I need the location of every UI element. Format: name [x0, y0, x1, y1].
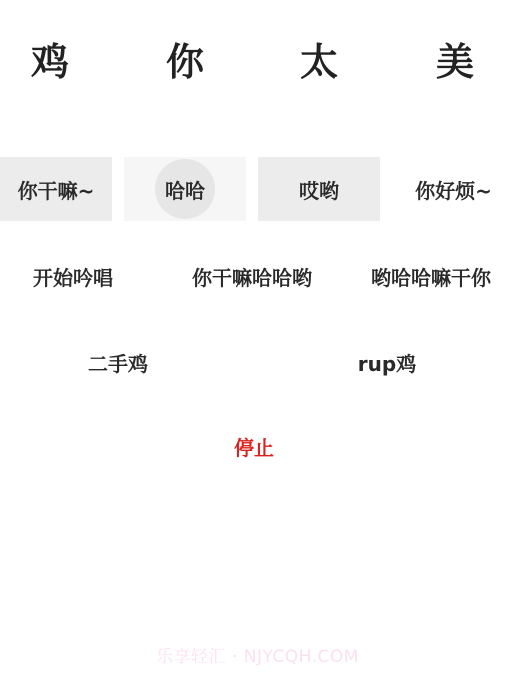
sound-button-ni-gan-ma-ha-ha-yo[interactable]: 你干嘛哈哈哟: [192, 256, 312, 296]
button-label: 你干嘛~: [18, 175, 95, 204]
title-char-1: 鸡: [20, 36, 80, 88]
sound-button-start-chant[interactable]: 开始吟唱: [33, 256, 113, 296]
stop-row: 停止: [0, 426, 515, 466]
sound-button-row-3: 二手鸡 rup鸡: [0, 342, 515, 382]
button-label: 哎哟: [299, 175, 339, 204]
sound-button-row-2: 开始吟唱 你干嘛哈哈哟 哟哈哈嘛干你: [0, 256, 515, 296]
button-label: 哈哈: [165, 175, 205, 204]
button-label: rup鸡: [358, 348, 416, 377]
sound-button-ai-yo[interactable]: 哎哟: [258, 157, 380, 221]
sound-button-row-1: 你干嘛~ 哈哈 哎哟 你好烦~: [0, 157, 515, 221]
button-label: 你干嘛哈哈哟: [192, 262, 312, 291]
sound-button-ni-hao-fan[interactable]: 你好烦~: [392, 157, 515, 221]
sound-button-rup-ji[interactable]: rup鸡: [358, 342, 416, 382]
button-label: 开始吟唱: [33, 262, 113, 291]
watermark: 乐享轻汇 · NJYCQH.COM: [0, 642, 515, 667]
title-char-3: 太: [289, 36, 349, 88]
sound-button-er-shou-ji[interactable]: 二手鸡: [88, 342, 148, 382]
title-char-4: 美: [425, 36, 485, 88]
stop-button[interactable]: 停止: [234, 426, 274, 466]
title-char-2: 你: [155, 36, 215, 88]
page-title: 鸡 你 太 美: [0, 36, 515, 88]
button-label: 哟哈哈嘛干你: [371, 262, 491, 291]
button-label: 停止: [234, 432, 274, 461]
sound-button-yo-ha-ha-ma-gan-ni[interactable]: 哟哈哈嘛干你: [371, 256, 491, 296]
sound-button-haha[interactable]: 哈哈: [124, 157, 246, 221]
sound-button-ni-gan-ma[interactable]: 你干嘛~: [0, 157, 112, 221]
button-label: 二手鸡: [88, 348, 148, 377]
button-label: 你好烦~: [415, 175, 492, 204]
